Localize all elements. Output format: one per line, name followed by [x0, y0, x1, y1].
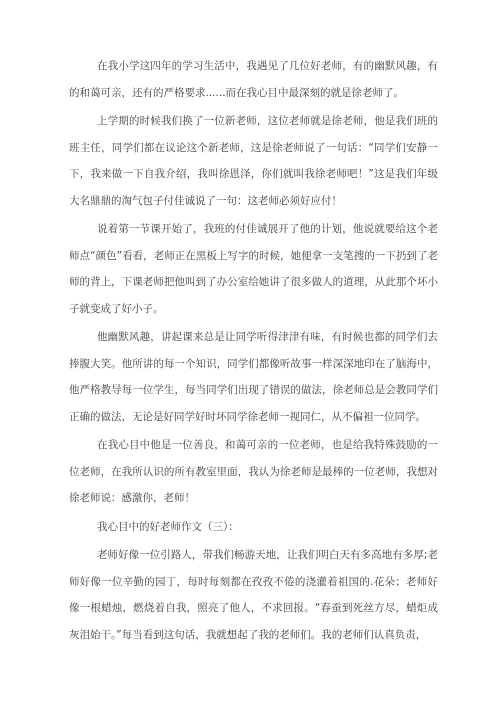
- essay-body: 在我小学这四年的学习生活中，我遇见了几位好老师，有的幽默风趣，有的和蔼可亲，还有…: [69, 53, 438, 648]
- section-heading-essay-three: 我心目中的好老师作文（三）：: [69, 514, 438, 541]
- essay-paragraph-humor: 他幽默风趣，讲起课来总是让同学听得津津有味，有时候也都的同学们去捧腹大笑。他所讲…: [69, 324, 438, 430]
- document-page: 在我小学这四年的学习生活中，我遇见了几位好老师，有的幽默风趣，有的和蔼可亲，还有…: [0, 0, 500, 707]
- essay-paragraph-gratitude: 在我心目中他是一位善良，和蔼可亲的一位老师，也是给我特殊鼓励的一位老师，在我所认…: [69, 432, 438, 512]
- essay-paragraph-first-lesson: 说着第一节课开始了，我班的付佳诚展开了他的计划，他说就要给这个老师点“颜色”看看…: [69, 216, 438, 322]
- essay-paragraph-guide: 老师好像一位引路人，带我们畅游天地，让我们明白天有多高地有多厚;老师好像一位辛勤…: [69, 542, 438, 648]
- essay-paragraph-intro: 在我小学这四年的学习生活中，我遇见了几位好老师，有的幽默风趣，有的和蔼可亲，还有…: [69, 53, 438, 106]
- essay-paragraph-new-teacher: 上学期的时候我们换了一位新老师，这位老师就是徐老师，他是我们班的班主任，同学们都…: [69, 108, 438, 214]
